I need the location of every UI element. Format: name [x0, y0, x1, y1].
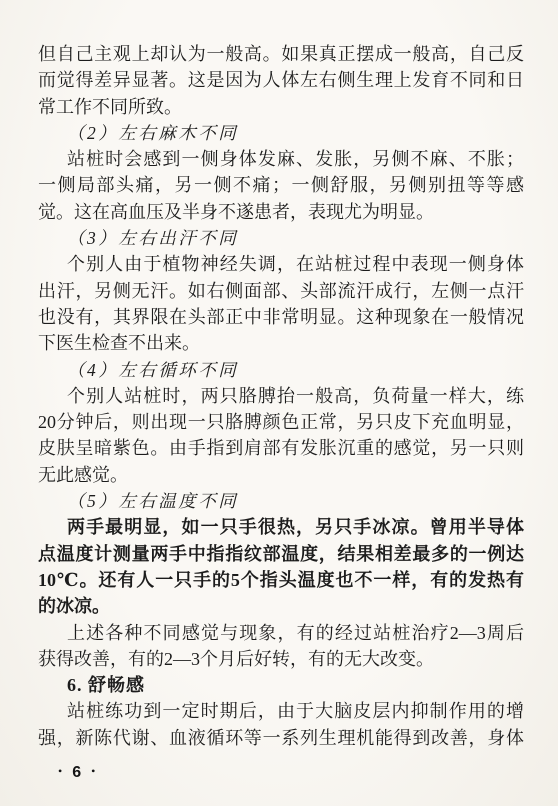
- text-line: 皮肤呈暗紫色。由手指到肩部有发胀沉重的感觉，另一只则: [38, 435, 524, 461]
- text-line: 个别人由于植物神经失调，在站桩过程中表现一侧身体: [38, 251, 524, 277]
- section-heading: （4）左右循环不同: [38, 357, 524, 383]
- text-line: 但自己主观上却认为一般高。如果真正摆成一般高，自己反: [38, 41, 524, 67]
- text-line: 而觉得差异显著。这是因为人体左右侧生理上发育不同和日: [38, 67, 524, 93]
- text-line: 也没有，其界限在头部正中非常明显。这种现象在一般情况: [38, 304, 524, 330]
- section-heading: （5）左右温度不同: [38, 488, 524, 514]
- text-line: 10℃。还有人一只手的5个指头温度也不一样，有的发热有: [38, 567, 524, 593]
- text-line: 常工作不同所致。: [38, 94, 524, 120]
- text-line: 下医生检查不出来。: [38, 330, 524, 356]
- folio-dot-right: •: [91, 764, 95, 778]
- text-line: 站桩练功到一定时期后，由于大脑皮层内抑制作用的增: [38, 698, 524, 724]
- folio-number: 6: [72, 764, 81, 781]
- text-line: 强，新陈代谢、血液循环等一系列生理机能得到改善，身体: [38, 725, 524, 751]
- text-line: 20分钟后，则出现一只胳膊颜色正常，另只皮下充血明显，: [38, 409, 524, 435]
- text-line: 点温度计测量两手中指指纹部温度，结果相差最多的一例达: [38, 541, 524, 567]
- text-line: 无此感觉。: [38, 462, 524, 488]
- text-line: 一侧局部头痛，另一侧不痛；一侧舒服，另侧别扭等等感: [38, 172, 524, 198]
- text-line: 两手最明显，如一只手很热，另只手冰凉。曾用半导体: [38, 514, 524, 540]
- page-number: •6•: [58, 759, 95, 783]
- text-line: 的冰凉。: [38, 593, 524, 619]
- subsection-heading: 6. 舒畅感: [38, 672, 524, 698]
- text-line: 站桩时会感到一侧身体发麻、发胀，另侧不麻、不胀；: [38, 146, 524, 172]
- text-line: 出汗，另侧无汗。如右侧面部、头部流汗成行，左侧一点汗: [38, 278, 524, 304]
- text-line: 个别人站桩时，两只胳膊抬一般高，负荷量一样大，练: [38, 383, 524, 409]
- text-line: 觉。这在高血压及半身不遂患者，表现尤为明显。: [38, 199, 524, 225]
- text-line: 上述各种不同感觉与现象，有的经过站桩治疗2—3周后: [38, 620, 524, 646]
- book-page: 但自己主观上却认为一般高。如果真正摆成一般高，自己反 而觉得差异显著。这是因为人…: [0, 0, 558, 806]
- section-heading: （3）左右出汗不同: [38, 225, 524, 251]
- page-text: 但自己主观上却认为一般高。如果真正摆成一般高，自己反 而觉得差异显著。这是因为人…: [38, 41, 524, 751]
- section-heading: （2）左右麻木不同: [38, 120, 524, 146]
- folio-dot-left: •: [58, 764, 62, 778]
- text-line: 获得改善，有的2—3个月后好转，有的无大改变。: [38, 646, 524, 672]
